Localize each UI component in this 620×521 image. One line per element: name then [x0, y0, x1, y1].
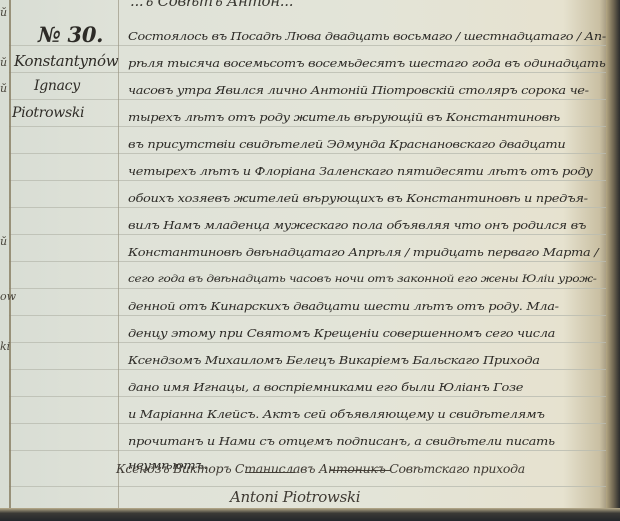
- margin-surname: Piotrowski: [12, 105, 84, 121]
- margin-place: Konstantynów: [14, 52, 118, 70]
- ruled-line: [9, 261, 607, 262]
- ruled-line: [9, 450, 607, 451]
- record-line: дано имя Игнацы, а воспріемниками его бы…: [128, 381, 523, 394]
- ruled-line: [9, 234, 607, 235]
- margin-fragment: ŭ: [0, 56, 7, 69]
- ruled-line: [9, 288, 607, 289]
- ruled-line: [9, 126, 607, 127]
- ruled-line: [9, 153, 607, 154]
- record-line: Ксендзомъ Михаиломъ Белецъ Викаріемъ Бал…: [128, 354, 540, 367]
- left-margin-line: [9, 0, 11, 510]
- ruled-line: [9, 99, 607, 100]
- ruled-line: [9, 396, 607, 397]
- ruled-line: [9, 315, 607, 316]
- record-line: вилъ Намъ младенца мужескаго пола объявл…: [128, 219, 586, 232]
- record-line: въ присутствiи свидѣтелей Эдмунда Красна…: [128, 138, 565, 151]
- record-line: денцу этому при Святомъ Крещеніи соверше…: [128, 327, 555, 340]
- ruled-line: [9, 342, 607, 343]
- header-fragment: ...ъ Совѣтъ Антон...: [130, 0, 293, 10]
- ruled-line: [9, 486, 607, 487]
- entry-number: № 30.: [38, 22, 103, 47]
- record-line: часовъ утра Явился лично Антоній Пiотров…: [128, 84, 589, 97]
- record-line: обоихъ хозяевъ жителей вѣрующихъ въ Конс…: [128, 192, 588, 205]
- father-signature: Antoni Piotrowski: [230, 488, 360, 506]
- record-line: четырехъ лѣтъ и Флоріана Заленскаго пяти…: [128, 165, 593, 178]
- ruled-line: [9, 180, 607, 181]
- margin-fragment: ki: [0, 340, 10, 353]
- record-line: и Маріанна Клейсъ. Актъ сей объявляющему…: [128, 408, 545, 421]
- margin-fragment: ow: [0, 290, 16, 303]
- margin-fragment: ŭ: [0, 82, 7, 95]
- record-line: прочитанъ и Нами съ отцемъ подписанъ, а …: [128, 435, 555, 448]
- record-line: тырехъ лѣтъ отъ роду житель вѣрующій въ …: [128, 111, 560, 124]
- column-divider-line: [118, 0, 119, 510]
- priest-signature: Ксендзъ Викторъ Станиславъ Антоникъ Совѣ…: [116, 461, 525, 476]
- margin-given-name: Ignacy: [34, 78, 80, 94]
- record-line: Константиновѣ двѣнадцатаго Апрѣля / трид…: [128, 246, 598, 259]
- margin-fragment: ŭ: [0, 235, 7, 248]
- ruled-line: [9, 207, 607, 208]
- page-edge-right: [606, 0, 620, 521]
- ruled-line: [9, 423, 607, 424]
- record-line: сего года въ двѣнадцать часовъ ночи отъ …: [128, 273, 597, 285]
- ruled-line: [9, 369, 607, 370]
- page-edge-bottom: [0, 508, 620, 521]
- ruled-line: [9, 72, 607, 73]
- record-line: рѣля тысяча восемьсотъ восемьдесятъ шест…: [128, 57, 605, 70]
- record-line: Состоялось въ Посадѣ Люва двадцать восьм…: [128, 30, 606, 43]
- record-line: денной отъ Кинарскихъ двадцати шести лѣт…: [128, 300, 559, 313]
- margin-fragment: ŭ: [0, 6, 7, 19]
